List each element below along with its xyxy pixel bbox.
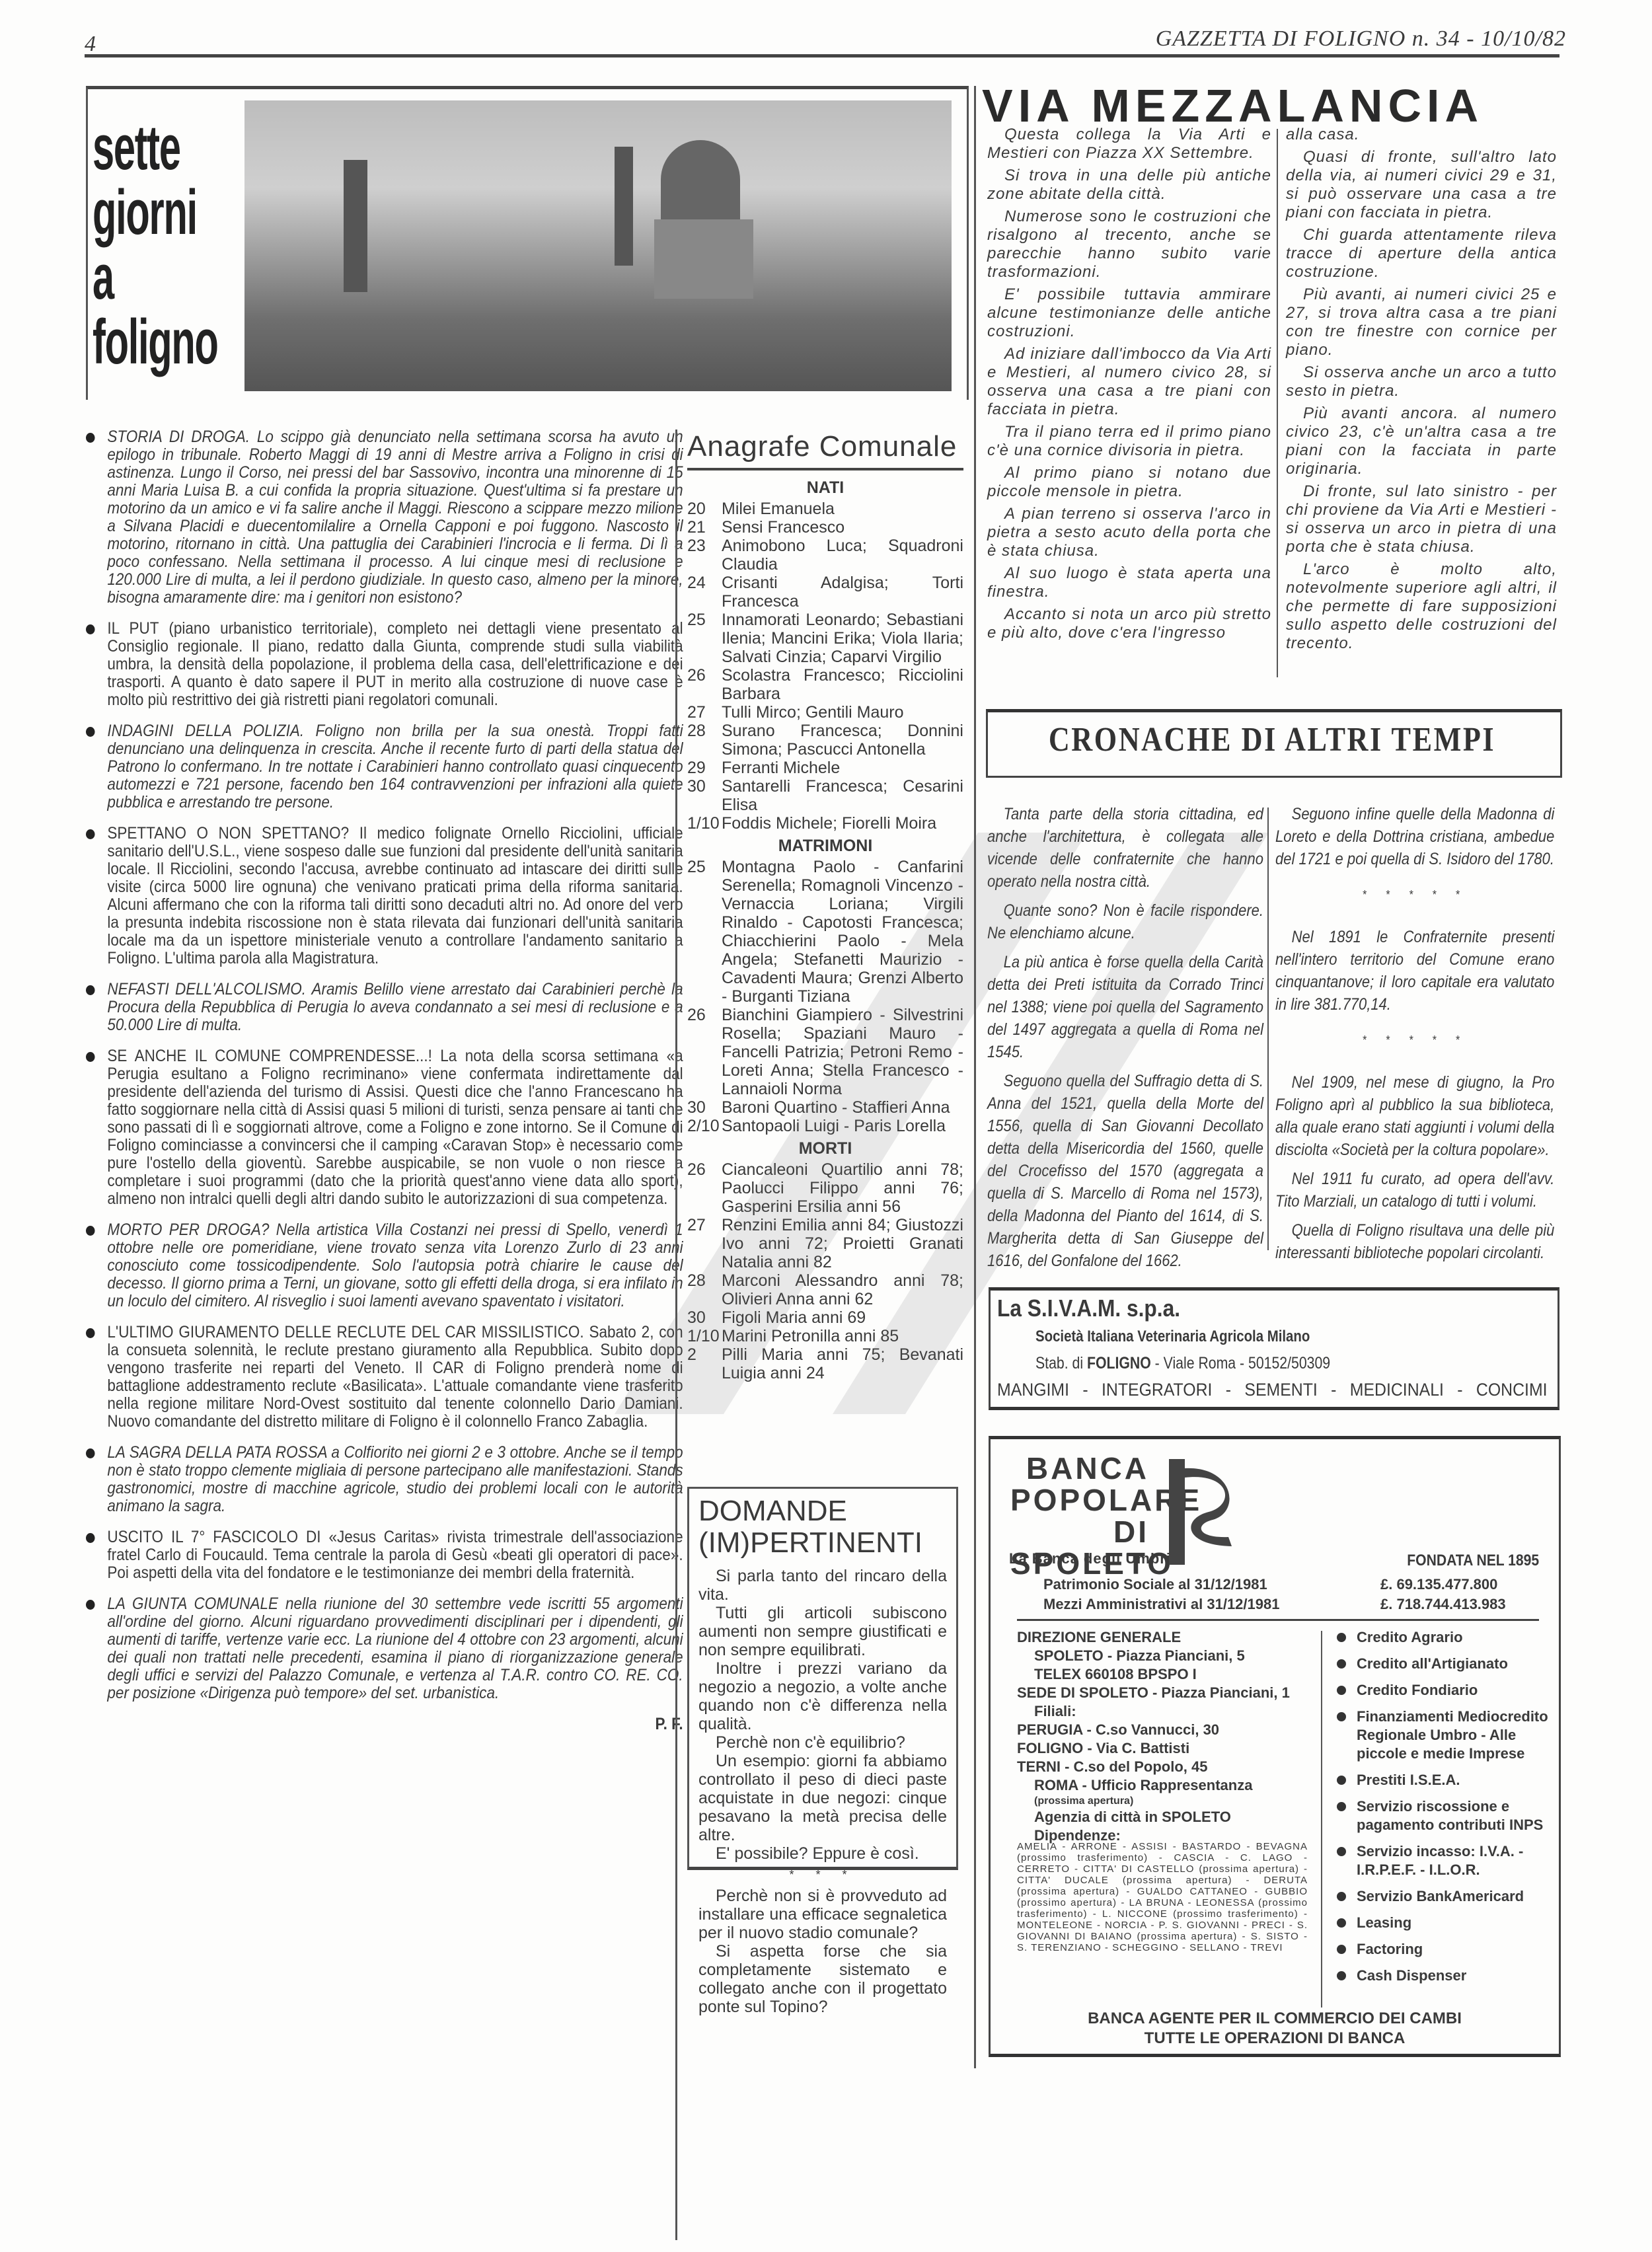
financial-value: £. 718.744.413.983	[1380, 1595, 1546, 1614]
news-item: IL PUT (piano urbanistico territoriale),…	[86, 620, 683, 709]
anagrafe-entry: 24Crisanti Adalgisa; Torti Francesca	[687, 574, 963, 611]
via-mezzalancia-title: VIA MEZZALANCIA	[982, 79, 1557, 132]
entry-date: 28	[687, 722, 722, 759]
paragraph: Questa collega la Via Arti e Mestieri co…	[987, 126, 1271, 163]
entry-names: Foddis Michele; Fiorelli Moira	[722, 814, 963, 833]
product-item: INTEGRATORI	[1102, 1380, 1212, 1400]
entry-date: 29	[687, 759, 722, 777]
paragraph: Si aspetta forse che sia completamente s…	[698, 1942, 947, 2016]
product-item: -	[1457, 1380, 1462, 1400]
entry-date: 30	[687, 1308, 722, 1327]
news-lead: USCITO IL 7° FASCICOLO DI «Jesus Caritas…	[107, 1528, 447, 1546]
domande-box: DOMANDE (IM)PERTINENTI Si parla tanto de…	[687, 1487, 958, 1870]
entry-date: 28	[687, 1271, 722, 1308]
paragraph: Tra il piano terra ed il primo piano c'è…	[987, 423, 1271, 460]
column-divider	[1267, 807, 1269, 1250]
paragraph: Perchè non c'è equilibrio?	[698, 1733, 947, 1752]
entry-date: 2/10	[687, 1117, 722, 1135]
entry-names: Marconi Alessandro anni 78; Olivieri Ann…	[722, 1271, 963, 1308]
cronache-col1: Tanta parte della storia cittadina, ed a…	[987, 803, 1263, 1279]
anagrafe-entry: 30Figoli Maria anni 69	[687, 1308, 963, 1327]
anagrafe-entry: 1/10Foddis Michele; Fiorelli Moira	[687, 814, 963, 833]
paragraph: Si trova in una delle più antiche zone a…	[987, 167, 1271, 204]
paragraph: Chi guarda attentamente rileva tracce di…	[1286, 226, 1557, 281]
sivam-advertisement: La S.I.V.A.M. s.p.a. Società Italiana Ve…	[989, 1287, 1559, 1410]
anagrafe-entry: 29Ferranti Michele	[687, 759, 963, 777]
news-body: Il medico folignate Ornello Ricciolini, …	[107, 824, 683, 967]
church-facade-icon	[654, 219, 753, 299]
news-column: STORIA DI DROGA. Lo scippo già denunciat…	[86, 428, 667, 1746]
entry-names: Renzini Emilia anni 84; Giustozzi Ivo an…	[722, 1216, 963, 1271]
entry-names: Crisanti Adalgisa; Torti Francesca	[722, 574, 963, 611]
footer-line: TUTTE LE OPERAZIONI DI BANCA	[991, 2029, 1559, 2048]
news-item: USCITO IL 7° FASCICOLO DI «Jesus Caritas…	[86, 1528, 683, 1582]
service-item: Factoring	[1334, 1940, 1552, 1959]
paragraph: A pian terreno si osserva l'arco in piet…	[987, 505, 1271, 560]
anagrafe-entry: 25Innamorati Leonardo; Sebastiani Ilenia…	[687, 611, 963, 666]
paragraph: Un esempio: giorni fa abbiamo controllat…	[698, 1752, 947, 1844]
anagrafe-title: Anagrafe Comunale	[687, 428, 963, 470]
entry-date: 26	[687, 1006, 722, 1098]
product-item: -	[1082, 1380, 1088, 1400]
entry-names: Santarelli Francesca; Cesarini Elisa	[722, 777, 963, 814]
news-item: MORTO PER DROGA? Nella artistica Villa C…	[86, 1221, 683, 1310]
sette-giorni-title: sette giorni a foligno	[93, 116, 174, 375]
bank-tagline: La Banca degli Umbri	[1009, 1550, 1171, 1567]
paragraph: Tutti gli articoli subiscono aumenti non…	[698, 1604, 947, 1659]
anagrafe-entry: 1/10Marini Petronilla anni 85	[687, 1327, 963, 1345]
address-city: FOLIGNO	[1087, 1354, 1151, 1372]
news-lead: MORTO PER DROGA?	[107, 1220, 276, 1239]
entry-date: 30	[687, 777, 722, 814]
title-line: (IM)PERTINENTI	[698, 1527, 947, 1559]
service-item: Cash Dispenser	[1334, 1967, 1552, 1985]
news-lead: IL PUT	[107, 619, 169, 638]
via-mezzalancia-col1: Questa collega la Via Arti e Mestieri co…	[987, 126, 1271, 646]
separator-stars: * * *	[698, 1865, 947, 1884]
entry-names: Surano Francesca; Donnini Simona; Pascuc…	[722, 722, 963, 759]
paragraph: Nel 1891 le Confraternite presenti nell'…	[1275, 926, 1554, 1016]
paragraph: Al suo luogo è stata aperta una finestra…	[987, 564, 1271, 601]
entry-names: Marini Petronilla anni 85	[722, 1327, 963, 1345]
paragraph: L'arco è molto alto, notevolmente superi…	[1286, 560, 1557, 653]
anagrafe-entry: 27Tulli Mirco; Gentili Mauro	[687, 703, 963, 722]
founded-year: FONDATA NEL 1895	[1407, 1552, 1539, 1570]
nati-heading: NATI	[687, 478, 963, 497]
branch-line: TERNI - C.so del Popolo, 45	[1017, 1758, 1308, 1776]
paragraph: La più antica è forse quella della Carit…	[987, 951, 1263, 1063]
paragraph: Si parla tanto del rincaro della vita.	[698, 1567, 947, 1604]
entry-names: Pilli Maria anni 75; Bevanati Luigia ann…	[722, 1345, 963, 1382]
paragraph: Quante sono? Non è facile rispondere. Ne…	[987, 899, 1263, 944]
branch-line: TELEX 660108 BPSPO I	[1017, 1665, 1308, 1684]
anagrafe-entry: 26Scolastra Francesco; Ricciolini Barbar…	[687, 666, 963, 703]
paragraph: Inoltre i prezzi variano da negozio a ne…	[698, 1659, 947, 1733]
financial-label: Mezzi Amministrativi al 31/12/1981	[1043, 1595, 1380, 1614]
title-line: foligno	[93, 310, 174, 375]
bank-branches: DIREZIONE GENERALESPOLETO - Piazza Pianc…	[1017, 1628, 1308, 1845]
paragraph: Tanta parte della storia cittadina, ed a…	[987, 803, 1263, 893]
bank-financials: Patrimonio Sociale al 31/12/1981£. 69.13…	[1043, 1575, 1546, 1614]
entry-names: Figoli Maria anni 69	[722, 1308, 963, 1327]
header-rule	[85, 54, 1559, 57]
address-rest: - Viale Roma - 50152/50309	[1151, 1354, 1330, 1372]
anagrafe-entry: 27Renzini Emilia anni 84; Giustozzi Ivo …	[687, 1216, 963, 1271]
entry-names: Sensi Francesco	[722, 518, 963, 537]
anagrafe-section: Anagrafe Comunale NATI 20Milei Emanuela2…	[687, 428, 963, 1382]
entry-date: 26	[687, 666, 722, 703]
entry-date: 25	[687, 858, 722, 1006]
bell-tower-icon	[344, 160, 367, 292]
financial-row: Patrimonio Sociale al 31/12/1981£. 69.13…	[1043, 1575, 1546, 1595]
entry-names: Innamorati Leonardo; Sebastiani Ilenia; …	[722, 611, 963, 666]
entry-names: Santopaoli Luigi - Paris Lorella	[722, 1117, 963, 1135]
bank-services: Credito AgrarioCredito all'ArtigianatoCr…	[1334, 1628, 1552, 1993]
bank-name-line: DI SPOLETO	[1010, 1516, 1149, 1579]
entry-names: Scolastra Francesco; Ricciolini Barbara	[722, 666, 963, 703]
column-divider	[675, 430, 677, 2240]
entry-names: Bianchini Giampiero - Silvestrini Rosell…	[722, 1006, 963, 1098]
entry-date: 20	[687, 500, 722, 518]
anagrafe-entry: 20Milei Emanuela	[687, 500, 963, 518]
morti-list: 26Ciancaleoni Quartilio anni 78; Paolucc…	[687, 1160, 963, 1382]
news-lead: INDAGINI DELLA POLIZIA.	[107, 722, 315, 740]
nati-list: 20Milei Emanuela21Sensi Francesco23Animo…	[687, 500, 963, 833]
financial-value: £. 69.135.477.800	[1380, 1575, 1546, 1595]
paragraph: Di fronte, sul lato sinistro - per chi p…	[1286, 482, 1557, 556]
anagrafe-entry: 28Surano Francesca; Donnini Simona; Pasc…	[687, 722, 963, 759]
news-item: SE ANCHE IL COMUNE COMPRENDESSE...! La n…	[86, 1047, 683, 1208]
divider	[1017, 1619, 1539, 1621]
news-item: SPETTANO O NON SPETTANO? Il medico folig…	[86, 825, 683, 967]
cathedral-dome-icon	[661, 140, 740, 219]
news-item: L'ULTIMO GIURAMENTO DELLE RECLUTE DEL CA…	[86, 1324, 683, 1431]
service-item: Credito Fondiario	[1334, 1681, 1552, 1700]
branch-line: PERUGIA - C.so Vannucci, 30	[1017, 1721, 1308, 1739]
column-divider	[974, 86, 976, 2068]
entry-date: 27	[687, 703, 722, 722]
news-body: La nota della scorsa settimana «a Perugi…	[107, 1047, 683, 1208]
domande-title: DOMANDE (IM)PERTINENTI	[698, 1495, 947, 1559]
service-item: Prestiti I.S.E.A.	[1334, 1771, 1552, 1789]
bell-tower-icon	[615, 147, 633, 266]
cronache-col2: Seguono infine quelle della Madonna di L…	[1275, 803, 1554, 1271]
anagrafe-entry: 26Bianchini Giampiero - Silvestrini Rose…	[687, 1006, 963, 1098]
financial-row: Mezzi Amministrativi al 31/12/1981£. 718…	[1043, 1595, 1546, 1614]
entry-names: Montagna Paolo - Canfarini Serenella; Ro…	[722, 858, 963, 1006]
anagrafe-entry: 25Montagna Paolo - Canfarini Serenella; …	[687, 858, 963, 1006]
entry-date: 25	[687, 611, 722, 666]
news-lead: NEFASTI DELL'ALCOLISMO.	[107, 980, 311, 998]
branch-line: FOLIGNO - Via C. Battisti	[1017, 1739, 1308, 1758]
publication-header: GAZZETTA DI FOLIGNO n. 34 - 10/10/82	[1156, 26, 1566, 52]
product-item: -	[1226, 1380, 1231, 1400]
sivam-address: Stab. di FOLIGNO - Viale Roma - 50152/50…	[1035, 1354, 1474, 1373]
service-item: Servizio incasso: I.V.A. - I.R.P.E.F. - …	[1334, 1842, 1552, 1879]
news-item: STORIA DI DROGA. Lo scippo già denunciat…	[86, 428, 683, 607]
anagrafe-entry: 23Animobono Luca; Squadroni Claudia	[687, 537, 963, 574]
branch-line: SEDE DI SPOLETO - Piazza Pianciani, 1	[1017, 1684, 1308, 1702]
service-item: Leasing	[1334, 1914, 1552, 1932]
paragraph: Seguono infine quelle della Madonna di L…	[1275, 803, 1554, 870]
anagrafe-entry: 21Sensi Francesco	[687, 518, 963, 537]
paragraph: E' possibile tuttavia ammirare alcune te…	[987, 285, 1271, 341]
branch-line: ROMA - Ufficio Rappresentanza	[1017, 1776, 1308, 1795]
sivam-subtitle: Società Italiana Veterinaria Agricola Mi…	[1035, 1328, 1474, 1346]
branch-line: Agenzia di città in SPOLETO	[1017, 1808, 1308, 1826]
title-line: a	[93, 245, 174, 310]
news-body: Lo scippo già denunciato nella settimana…	[107, 428, 683, 607]
news-item: LA SAGRA DELLA PATA ROSSA a Colfiorito n…	[86, 1444, 683, 1515]
branch-line: (prossima apertura)	[1017, 1795, 1308, 1808]
entry-names: Animobono Luca; Squadroni Claudia	[722, 537, 963, 574]
branch-line: SPOLETO - Piazza Pianciani, 5	[1017, 1647, 1308, 1665]
service-item: Servizio BankAmericard	[1334, 1887, 1552, 1906]
product-item: MANGIMI	[997, 1380, 1069, 1400]
morti-heading: MORTI	[687, 1139, 963, 1158]
anagrafe-entry: 26Ciancaleoni Quartilio anni 78; Paolucc…	[687, 1160, 963, 1216]
bank-dipendenze: AMELIA - ARRONE - ASSISI - BASTARDO - BE…	[1017, 1841, 1308, 1953]
anagrafe-entry: 30Baroni Quartino - Staffieri Anna	[687, 1098, 963, 1117]
paragraph: Al primo piano si notano due piccole men…	[987, 464, 1271, 501]
product-item: MEDICINALI	[1350, 1380, 1444, 1400]
service-item: Servizio riscossione e pagamento contrib…	[1334, 1797, 1552, 1834]
paragraph: Più avanti, ai numeri civici 25 e 27, si…	[1286, 285, 1557, 359]
divider	[1321, 1631, 1322, 2008]
address-prefix: Stab. di	[1035, 1354, 1087, 1372]
entry-date: 2	[687, 1345, 722, 1382]
bank-logo-icon	[1169, 1459, 1235, 1565]
column-divider	[1277, 129, 1278, 677]
news-lead: SPETTANO O NON SPETTANO?	[107, 824, 359, 843]
service-item: Finanziamenti Mediocredito Regionale Umb…	[1334, 1708, 1552, 1763]
bank-name-line: POPOLARE	[1010, 1484, 1149, 1516]
paragraph: Accanto si nota un arco più stretto e pi…	[987, 605, 1271, 642]
foligno-skyline-photo	[244, 100, 952, 391]
news-lead: STORIA DI DROGA.	[107, 428, 256, 446]
entry-names: Ferranti Michele	[722, 759, 963, 777]
via-mezzalancia-col2: alla casa.Quasi di fronte, sull'altro la…	[1286, 126, 1557, 657]
separator-stars: * * * * *	[1275, 883, 1554, 906]
paragraph: Nel 1911 fu curato, ad opera dell'avv. T…	[1275, 1168, 1554, 1213]
anagrafe-entry: 30Santarelli Francesca; Cesarini Elisa	[687, 777, 963, 814]
paragraph: E' possibile? Eppure è così.	[698, 1844, 947, 1863]
news-signature: P. F.	[86, 1715, 755, 1733]
entry-names: Ciancaleoni Quartilio anni 78; Paolucci …	[722, 1160, 963, 1216]
paragraph: Quasi di fronte, sull'altro lato della v…	[1286, 148, 1557, 222]
paragraph: Perchè non si è provveduto ad installare…	[698, 1887, 947, 1942]
news-body: (piano urbanistico territoriale), comple…	[107, 619, 683, 709]
footer-line: BANCA AGENTE PER IL COMMERCIO DEI CAMBI	[991, 2009, 1559, 2029]
bank-name-line: BANCA	[1010, 1452, 1149, 1484]
sivam-name: La S.I.V.A.M. s.p.a.	[997, 1295, 1484, 1322]
entry-date: 26	[687, 1160, 722, 1216]
paragraph: Ad iniziare dall'imbocco da Via Arti e M…	[987, 345, 1271, 419]
domande-paragraphs: Perchè non si è provveduto ad installare…	[698, 1887, 947, 2016]
domande-paragraphs: Si parla tanto del rincaro della vita.Tu…	[698, 1567, 947, 1863]
cronache-title: CRONACHE DI ALTRI TEMPI	[1029, 720, 1515, 759]
service-item: Credito Agrario	[1334, 1628, 1552, 1647]
cronache-col2-paragraphs: Nel 1909, nel mese di giugno, la Pro Fol…	[1275, 1071, 1554, 1264]
title-line: giorni	[93, 180, 174, 245]
matrimoni-list: 25Montagna Paolo - Canfarini Serenella; …	[687, 858, 963, 1135]
branch-line: DIREZIONE GENERALE	[1017, 1628, 1308, 1647]
product-item: SEMENTI	[1244, 1380, 1317, 1400]
product-item: -	[1331, 1380, 1336, 1400]
entry-names: Milei Emanuela	[722, 500, 963, 518]
banca-popolare-advertisement: BANCA POPOLARE DI SPOLETO La Banca degli…	[989, 1436, 1561, 2057]
separator-stars: * * * * *	[1275, 1029, 1554, 1051]
matrimoni-heading: MATRIMONI	[687, 837, 963, 855]
news-item: LA GIUNTA COMUNALE nella riunione del 30…	[86, 1595, 683, 1702]
service-item: Credito all'Artigianato	[1334, 1655, 1552, 1673]
paragraph: Nel 1909, nel mese di giugno, la Pro Fol…	[1275, 1071, 1554, 1161]
paragraph: Più avanti ancora. al numero civico 23, …	[1286, 404, 1557, 478]
entry-date: 24	[687, 574, 722, 611]
entry-date: 1/10	[687, 1327, 722, 1345]
news-lead: SE ANCHE IL COMUNE COMPRENDESSE...!	[107, 1047, 440, 1065]
branch-line: Filiali:	[1017, 1702, 1308, 1721]
title-line: DOMANDE	[698, 1495, 947, 1527]
news-item: NEFASTI DELL'ALCOLISMO. Aramis Belillo v…	[86, 981, 683, 1034]
product-item: CONCIMI	[1476, 1380, 1548, 1400]
news-lead: LA SAGRA DELLA PATA ROSSA	[107, 1443, 331, 1462]
paragraph: Seguono quella del Suffragio detta di S.…	[987, 1070, 1263, 1272]
title-line: sette	[93, 116, 174, 180]
entry-names: Tulli Mirco; Gentili Mauro	[722, 703, 963, 722]
paragraph: Si osserva anche un arco a tutto sesto i…	[1286, 363, 1557, 400]
anagrafe-entry: 2Pilli Maria anni 75; Bevanati Luigia an…	[687, 1345, 963, 1382]
news-lead: L'ULTIMO GIURAMENTO DELLE RECLUTE DEL CA…	[107, 1323, 589, 1341]
entry-date: 1/10	[687, 814, 722, 833]
financial-label: Patrimonio Sociale al 31/12/1981	[1043, 1575, 1380, 1595]
anagrafe-entry: 28Marconi Alessandro anni 78; Olivieri A…	[687, 1271, 963, 1308]
entry-date: 23	[687, 537, 722, 574]
paragraph: Numerose sono le costruzioni che risalgo…	[987, 207, 1271, 281]
entry-date: 21	[687, 518, 722, 537]
paragraph: Quella di Foligno risultava una delle pi…	[1275, 1219, 1554, 1264]
paragraph: alla casa.	[1286, 126, 1557, 144]
bank-footer: BANCA AGENTE PER IL COMMERCIO DEI CAMBI …	[991, 2009, 1559, 2048]
sivam-products: MANGIMI-INTEGRATORI-SEMENTI-MEDICINALI-C…	[997, 1380, 1548, 1400]
page-number: 4	[85, 32, 96, 57]
entry-names: Baroni Quartino - Staffieri Anna	[722, 1098, 963, 1117]
anagrafe-entry: 2/10Santopaoli Luigi - Paris Lorella	[687, 1117, 963, 1135]
entry-date: 30	[687, 1098, 722, 1117]
news-item: INDAGINI DELLA POLIZIA. Foligno non bril…	[86, 722, 683, 811]
entry-date: 27	[687, 1216, 722, 1271]
news-lead: LA GIUNTA COMUNALE	[107, 1595, 285, 1613]
